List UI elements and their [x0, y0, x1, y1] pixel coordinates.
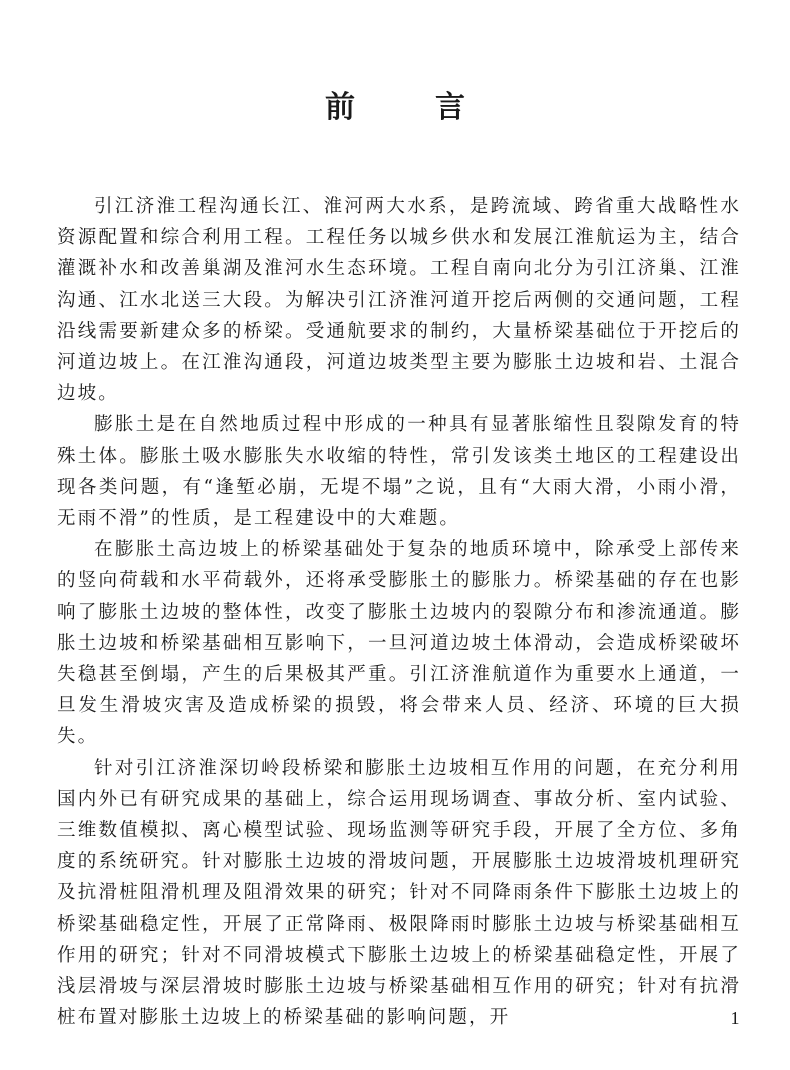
page-title-char-1: 前	[325, 88, 355, 128]
paragraph-2: 膨胀土是在自然地质过程中形成的一种具有显著胀缩性且裂隙发育的特殊土体。膨胀土吸水…	[57, 409, 741, 534]
paragraph-4: 针对引江济淮深切岭段桥梁和膨胀土边坡相互作用的问题，在充分利用国内外已有研究成果…	[57, 753, 741, 1034]
page-title: 前言	[0, 88, 790, 128]
paragraph-3: 在膨胀土高边坡上的桥梁基础处于复杂的地质环境中，除承受上部传来的竖向荷载和水平荷…	[57, 534, 741, 752]
page-number: 1	[720, 1006, 750, 1030]
paragraph-1: 引江济淮工程沟通长江、淮河两大水系，是跨流域、跨省重大战略性水资源配置和综合利用…	[57, 191, 741, 409]
body-text: 引江济淮工程沟通长江、淮河两大水系，是跨流域、跨省重大战略性水资源配置和综合利用…	[57, 191, 741, 1033]
page-title-char-2: 言	[435, 88, 465, 128]
